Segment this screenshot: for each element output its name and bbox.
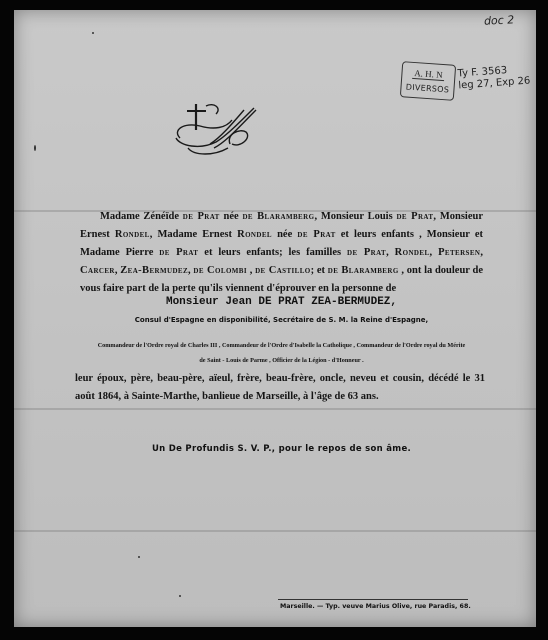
paragraph-text: , [386, 247, 395, 258]
paragraph-text: née [272, 229, 297, 240]
deceased-title: Consul d'Espagne en disponibilité, Secré… [80, 316, 483, 324]
archive-stamp: A. H. N DIVERSOS [400, 61, 456, 101]
fold-line [14, 408, 536, 410]
family-surname: de Prat [297, 229, 335, 240]
deceased-honours: Commandeur de l'Ordre royal de Charles I… [80, 338, 483, 368]
stamp-section: DIVERSOS [401, 82, 454, 95]
paragraph-text: et leurs enfants; les familles [198, 247, 347, 258]
speck [179, 595, 181, 597]
family-surname: Petersen [438, 247, 480, 258]
family-surname: Rondel [395, 247, 430, 258]
family-surname: Carcer [80, 265, 115, 276]
family-surname: de Blaramberg [328, 265, 399, 276]
paragraph-text: , [247, 265, 255, 276]
honours-line-1: Commandeur de l'Ordre royal de Charles I… [80, 338, 483, 353]
family-surname: Rondel [115, 229, 150, 240]
paragraph-text: , Madame Ernest [150, 229, 237, 240]
death-notice: leur époux, père, beau-père, aïeul, frèr… [75, 370, 485, 406]
document-reference-handwritten: doc 2 [484, 13, 515, 28]
honours-line-2: de Saint - Louis de Parme , Officier de … [80, 353, 483, 368]
family-surname: de Prat [159, 247, 198, 258]
family-names-text: Madame Zénéïde de Prat née de Blaramberg… [80, 208, 483, 298]
family-surname: de Prat [347, 247, 386, 258]
speck [34, 145, 36, 151]
paragraph-text: ; et [311, 265, 328, 276]
shelf-mark-handwritten: Ty F. 3563 leg 27, Exp 26 [457, 64, 531, 93]
speck [92, 32, 94, 34]
speck [138, 556, 140, 558]
cross-monogram-icon [170, 98, 270, 158]
prayer-request: Un De Profundis S. V. P., pour le repos … [80, 444, 483, 454]
stamp-archive-name: A. H. N [412, 68, 445, 81]
printer-imprint: Marseille. — Typ. veuve Marius Olive, ru… [280, 603, 471, 610]
paragraph-text: , [430, 247, 439, 258]
paragraph-text: , Monsieur Louis [314, 211, 396, 222]
family-surname: de Prat [183, 211, 220, 222]
paragraph-text: Madame Zénéïde [100, 211, 183, 222]
deceased-name: Monsieur Jean DE PRAT ZEA-BERMUDEZ, [80, 296, 483, 308]
family-surname: Rondel [237, 229, 272, 240]
family-surname: de Prat [396, 211, 433, 222]
paragraph-text: née [220, 211, 243, 222]
family-surname: de Colombi [193, 265, 247, 276]
family-announcement-paragraph: Madame Zénéïde de Prat née de Blaramberg… [80, 208, 483, 298]
paragraph-text: , [480, 247, 483, 258]
imprint-divider [278, 599, 468, 600]
fold-line [14, 530, 536, 532]
family-surname: de Castillo [255, 265, 311, 276]
family-surname: Zea-Bermudez [120, 265, 188, 276]
family-surname: de Blaramberg [242, 211, 314, 222]
